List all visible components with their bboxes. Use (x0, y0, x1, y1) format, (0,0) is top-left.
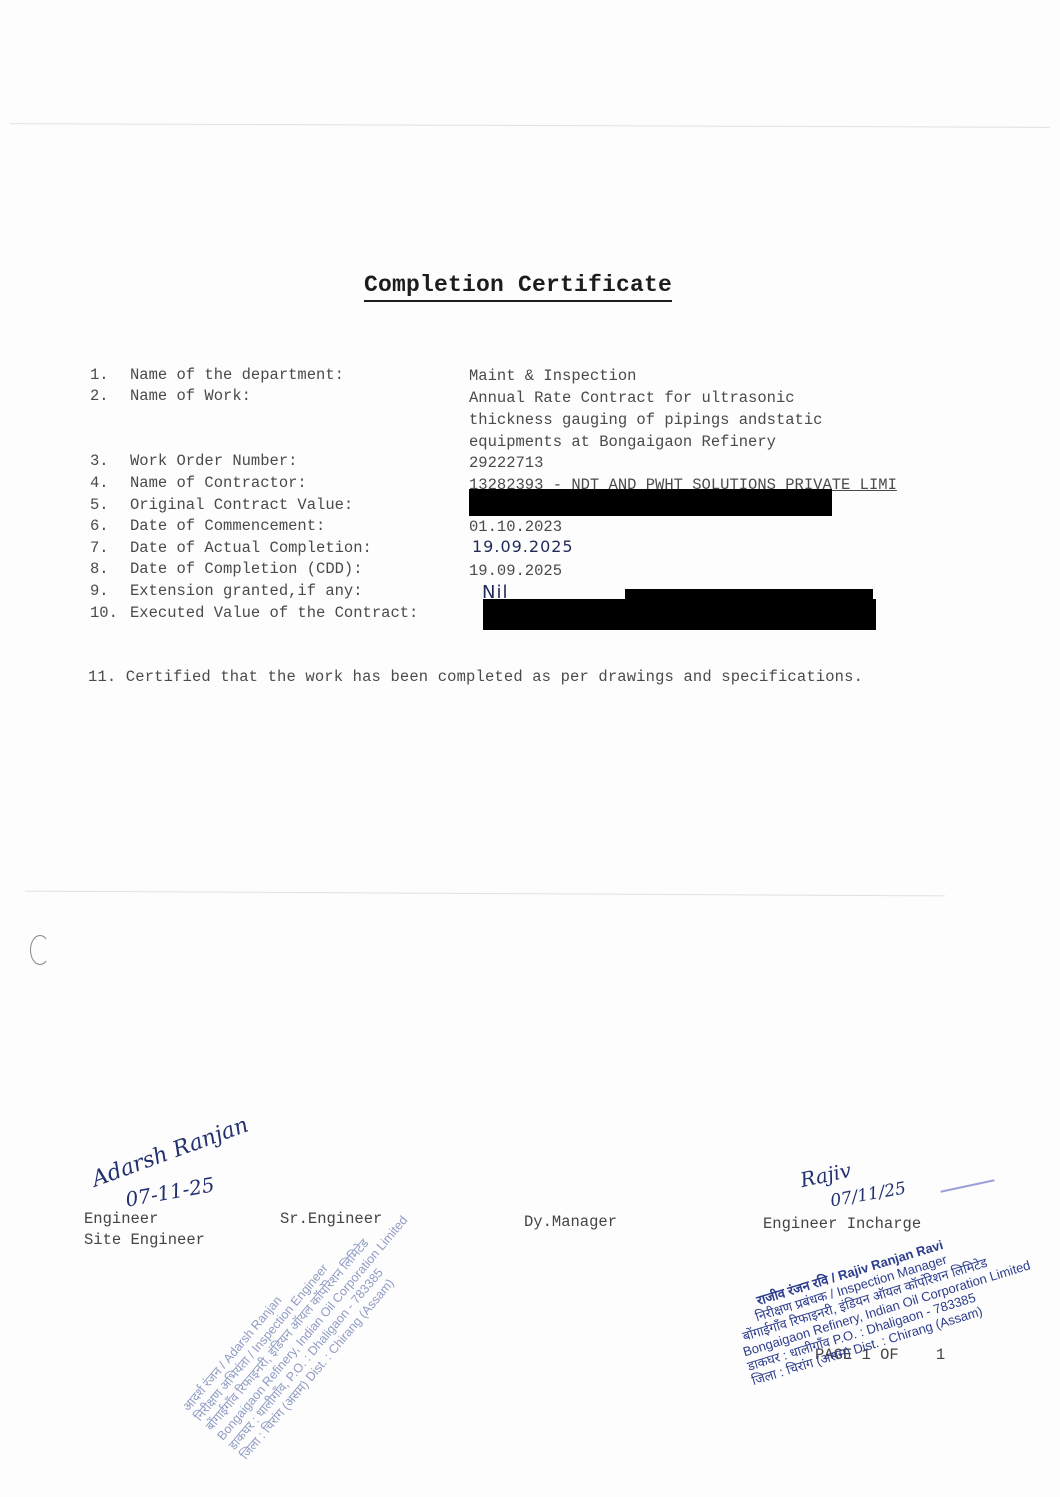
field-value-work-name-line2: thickness gauging of pipings andstatic (469, 410, 822, 432)
field-label-extension: 9.Extension granted,if any: (90, 582, 363, 600)
signature-date-left: 07-11-25 (124, 1172, 217, 1211)
certification-statement: 11. Certified that the work has been com… (88, 668, 863, 686)
fold-line (10, 123, 1050, 128)
field-label-executed-value: 10.Executed Value of the Contract: (90, 604, 418, 622)
field-label-commencement: 6.Date of Commencement: (90, 517, 325, 535)
page-title: Completion Certificate (364, 272, 672, 302)
field-label-work-order: 3.Work Order Number: (90, 452, 297, 470)
field-value-actual-completion: 19.09.2025 (472, 537, 574, 556)
signatory-dy-manager: Dy.Manager (524, 1213, 617, 1231)
field-label-department: 1.Name of the department: (90, 366, 344, 384)
field-label-work-name: 2.Name of Work: (90, 387, 251, 405)
field-value-commencement: 01.10.2023 (469, 517, 562, 539)
field-value-work-name-line3: equipments at Bongaigaon Refinery (469, 432, 776, 454)
scan-mark (30, 935, 50, 965)
signatory-engineer: Engineer (84, 1210, 158, 1228)
signatory-engineer-incharge: Engineer Incharge (763, 1215, 921, 1233)
redaction-executed-value (483, 599, 876, 630)
signature-rajiv: Rajiv (798, 1158, 853, 1192)
fold-line (25, 891, 945, 897)
pen-stroke (940, 1179, 994, 1192)
field-value-work-order: 29222713 (469, 453, 543, 475)
field-value-department: Maint & Inspection (469, 366, 636, 388)
redaction-original-value (469, 489, 832, 516)
field-value-work-name-line1: Annual Rate Contract for ultrasonic (469, 388, 795, 410)
field-label-original-value: 5.Original Contract Value: (90, 496, 353, 514)
field-value-completion-cdd: 19.09.2025 (469, 561, 562, 583)
field-label-completion-cdd: 8.Date of Completion (CDD): (90, 560, 363, 578)
field-label-contractor: 4.Name of Contractor: (90, 474, 307, 492)
field-label-actual-completion: 7.Date of Actual Completion: (90, 539, 372, 557)
signatory-site-engineer: Site Engineer (84, 1231, 205, 1249)
